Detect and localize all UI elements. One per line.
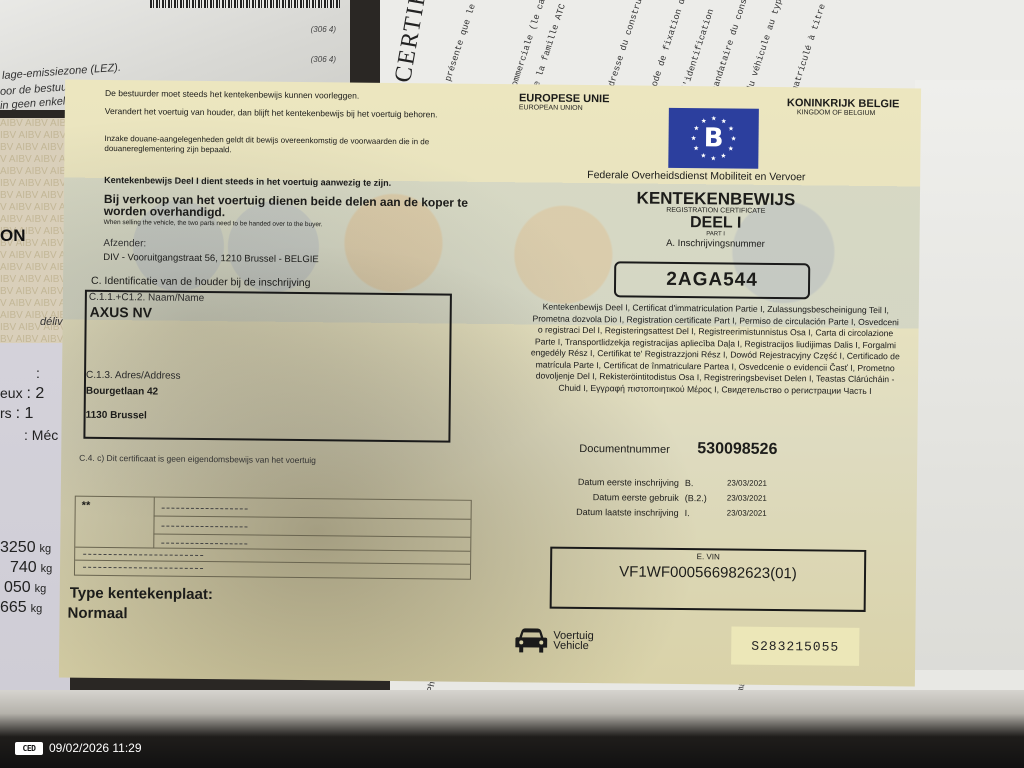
date-label: Datum eerste inschrijving [551, 477, 679, 488]
background-paper-right [915, 80, 1024, 768]
vin-label: E. VIN [552, 551, 864, 563]
holder-address-label: C.1.3. Adres/Address [86, 370, 181, 382]
plate-type-value: Normaal [67, 605, 127, 623]
date-label: Datum eerste gebruik [551, 492, 679, 503]
notice-sale-en: When selling the vehicle, the two parts … [104, 219, 323, 228]
weight-unit: kg [39, 543, 51, 555]
form-row-value: : Méc [24, 427, 58, 443]
form-row-value: : 2 [26, 385, 44, 402]
additional-info-grid: ** [74, 496, 472, 580]
camera-timestamp: CED 09/02/2026 11:29 [15, 741, 142, 755]
eu-label-en: EUROPEAN UNION [519, 104, 583, 112]
weight-value: 740 [10, 559, 37, 576]
holder-name: AXUS NV [90, 304, 152, 321]
date-value: 23/03/2021 [723, 493, 767, 503]
notice-sale-nl: Bij verkoop van het voertuig dienen beid… [104, 193, 484, 221]
notice-must-be-in-vehicle: Kentekenbewijs Deel I dient steeds in he… [104, 175, 391, 188]
cert-line: matriculé à titre [790, 3, 828, 93]
serial-number: S283215055 [731, 627, 859, 666]
vin-box: E. VIN VF1WF000566982623(01) [550, 547, 867, 612]
date-row: Datum eerste gebruik(B.2.)23/03/2021 [551, 492, 811, 505]
document-number: 530098526 [697, 440, 777, 459]
holder-section-title: C. Identificatie van de houder bij de in… [91, 275, 311, 289]
camera-logo: CED [15, 742, 43, 755]
cert-line: du véhicule au type complet [745, 0, 800, 93]
date-code: I. [679, 508, 723, 518]
registration-certificate: De bestuurder moet steeds het kentekenbe… [59, 80, 921, 687]
holder-name-label: C.1.1.+C1.2. Naam/Name [89, 292, 204, 304]
background-table-edge [0, 690, 1024, 768]
registration-number: 2AGA544 [614, 261, 810, 299]
holder-city: 1130 Brussel [86, 410, 147, 422]
sender-value: DIV - Vooruitgangstraat 56, 1210 Brussel… [103, 252, 319, 265]
certificate-title: CERTIFI [390, 0, 435, 85]
dates-table: Datum eerste inschrijvingB.23/03/2021Dat… [551, 477, 811, 525]
sender-label: Afzender: [103, 238, 146, 249]
title-block: KENTEKENBEWIJS REGISTRATION CERTIFICATE … [575, 189, 856, 251]
document-number-label: Documentnummer [579, 443, 670, 456]
plate-type-label: Type kentekenplaat: [70, 585, 213, 603]
form-code: (306 4) [311, 25, 336, 34]
multilingual-title: Kentekenbewijs Deel I, Certificat d'imma… [530, 301, 901, 397]
date-value: 23/03/2021 [723, 508, 767, 518]
vin-value: VF1WF000566982623(01) [552, 563, 864, 583]
grid-marker: ** [82, 500, 91, 512]
barcode [150, 0, 340, 8]
form-row-label: eux [0, 385, 23, 401]
date-row: Datum eerste inschrijvingB.23/03/2021 [551, 477, 811, 490]
form-code: (306 4) [311, 55, 336, 64]
weight-unit: kg [35, 583, 47, 595]
form-row-label: rs [0, 405, 12, 421]
vehicle-label-en: Vehicle [553, 641, 593, 651]
cert-line: a présente que le véhicule [440, 0, 493, 93]
notice-line-3: Inzake douane-aangelegenheden geldt dit … [104, 134, 484, 158]
country-code: B [703, 123, 723, 153]
weight-unit: kg [41, 563, 53, 575]
date-row: Datum laatste inschrijvingI.23/03/2021 [551, 507, 811, 520]
weight-unit: kg [31, 603, 43, 615]
weight-value: 665 [0, 599, 27, 616]
kingdom-label-en: KINGDOM OF BELGIUM [797, 109, 876, 117]
holder-box: C.1.1.+C1.2. Naam/Name AXUS NV C.1.3. Ad… [83, 290, 452, 443]
date-value: 23/03/2021 [723, 478, 767, 488]
eu-flag-icon: B [668, 108, 759, 169]
aibv-heading: ON [0, 230, 26, 242]
holder-street: Bourgetlaan 42 [86, 386, 158, 398]
weight-value: 050 [4, 579, 31, 596]
notice-line-1: De bestuurder moet steeds het kentekenbe… [105, 88, 485, 102]
date-code: (B.2.) [679, 493, 723, 503]
car-icon [515, 627, 547, 653]
notice-line-2: Verandert het voertuig van houder, dan b… [105, 106, 485, 120]
vehicle-label: Voertuig Vehicle [515, 627, 594, 654]
form-row-value: : 1 [16, 405, 34, 422]
form-row: : [36, 365, 40, 381]
cert-line: adresse du constructeur [605, 0, 653, 93]
cert-line: d'identification [680, 8, 716, 93]
date-label: Datum laatste inschrijving [551, 507, 679, 518]
authority-name: Federale Overheidsdienst Mobiliteit en V… [587, 169, 805, 183]
weight-value: 3250 [0, 539, 36, 556]
ownership-disclaimer: C.4. c) Dit certificaat is geen eigendom… [79, 453, 316, 465]
timestamp: 09/02/2026 11:29 [49, 741, 142, 755]
date-code: B. [679, 478, 723, 488]
eu-label-nl: EUROPESE UNIE [519, 92, 610, 105]
registration-number-label: A. Inschrijvingsnummer [575, 237, 855, 251]
